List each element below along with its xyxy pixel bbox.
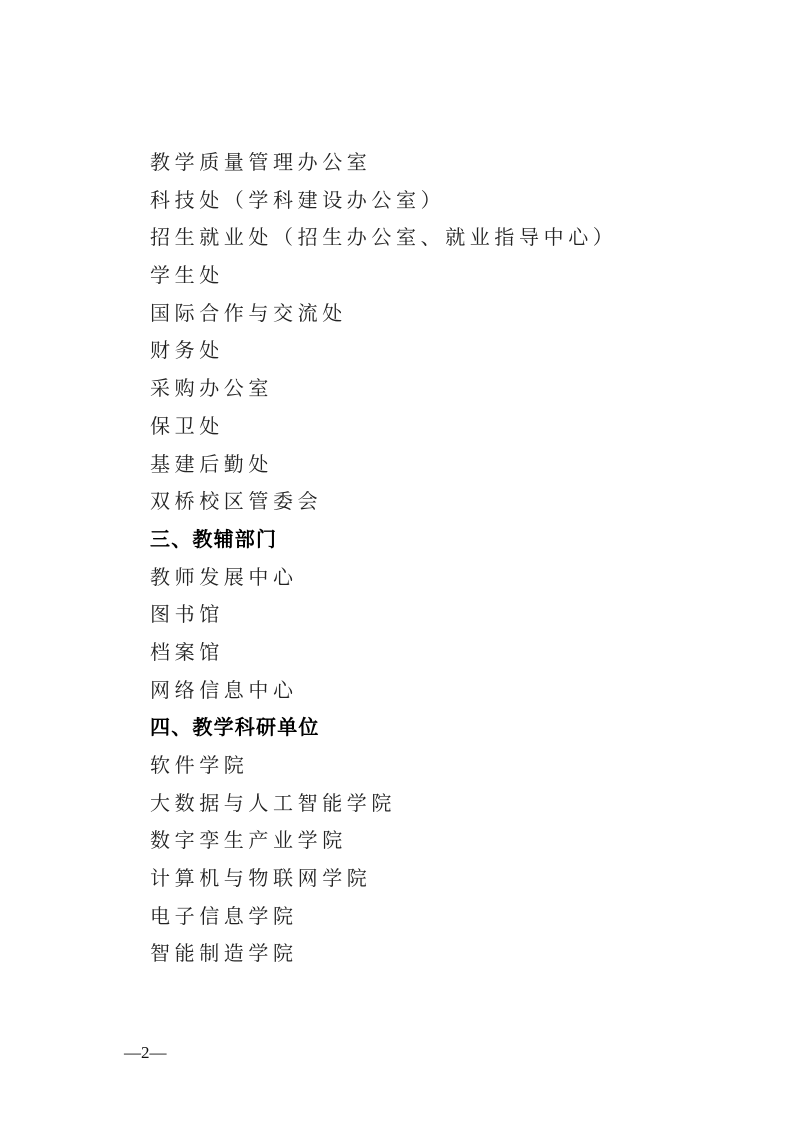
unit-list: 教学质量管理办公室 科技处（学科建设办公室） 招生就业处（招生办公室、就业指导中… [150, 144, 617, 973]
list-item: 软件学院 [150, 747, 617, 785]
document-page: 教学质量管理办公室 科技处（学科建设办公室） 招生就业处（招生办公室、就业指导中… [0, 0, 794, 1122]
list-item: 大数据与人工智能学院 [150, 785, 617, 823]
list-item: 电子信息学院 [150, 898, 617, 936]
list-item: 基建后勤处 [150, 446, 617, 484]
section-heading: 四、教学科研单位 [150, 709, 617, 747]
section-heading: 三、教辅部门 [150, 521, 617, 559]
list-item: 财务处 [150, 332, 617, 370]
list-item: 网络信息中心 [150, 672, 617, 710]
list-item: 科技处（学科建设办公室） [150, 182, 617, 220]
list-item: 图书馆 [150, 596, 617, 634]
list-item: 教师发展中心 [150, 559, 617, 597]
list-item: 计算机与物联网学院 [150, 860, 617, 898]
list-item: 双桥校区管委会 [150, 483, 617, 521]
list-item: 智能制造学院 [150, 935, 617, 973]
list-item: 学生处 [150, 257, 617, 295]
list-item: 采购办公室 [150, 370, 617, 408]
page-number: —2— [124, 1043, 167, 1063]
list-item: 档案馆 [150, 634, 617, 672]
list-item: 教学质量管理办公室 [150, 144, 617, 182]
list-item: 数字孪生产业学院 [150, 822, 617, 860]
list-item: 招生就业处（招生办公室、就业指导中心） [150, 219, 617, 257]
list-item: 国际合作与交流处 [150, 295, 617, 333]
list-item: 保卫处 [150, 408, 617, 446]
